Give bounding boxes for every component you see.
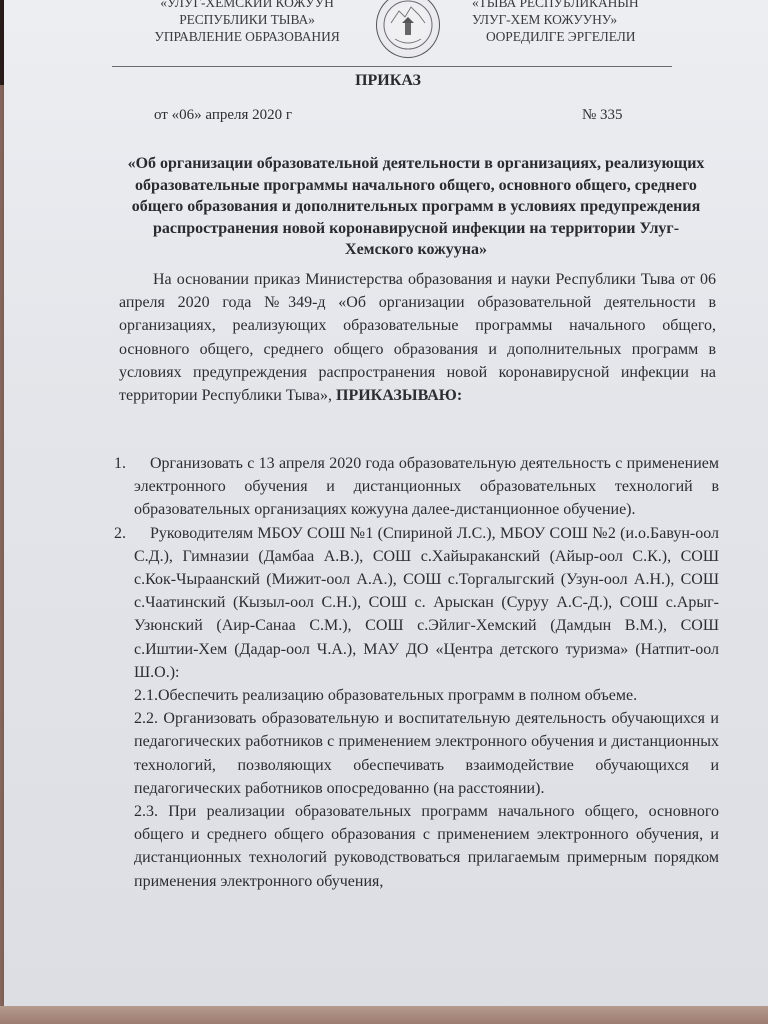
order-item: 1. Организовать с 13 апреля 2020 года об… xyxy=(114,452,719,522)
header-right-line: УЛУГ-ХЕМ КОЖУУНУ» xyxy=(472,11,672,28)
sub-item: 2.3. При реализации образовательных прог… xyxy=(114,800,719,893)
header-left-line: РЕСПУБЛИКИ ТЫВА» xyxy=(122,11,372,28)
header-right-line: «ТЫВА РЕСПУБЛИКАНЫН xyxy=(472,0,672,11)
document-page: «УЛУГ-ХЕМСКИЙ КОЖУУН РЕСПУБЛИКИ ТЫВА» УП… xyxy=(4,0,768,1010)
document-date: от «06» апреля 2020 г xyxy=(154,107,292,124)
item-number: 1. xyxy=(114,452,126,475)
order-items-list: 1. Организовать с 13 апреля 2020 года об… xyxy=(114,452,719,893)
sub-item: 2.2. Организовать образовательную и восп… xyxy=(114,707,719,800)
header-right-line: ООРЕДИЛГЕ ЭРГЕЛЕЛИ xyxy=(472,28,672,45)
header-right-block: «ТЫВА РЕСПУБЛИКАНЫН УЛУГ-ХЕМ КОЖУУНУ» ОО… xyxy=(472,0,672,45)
intro-paragraph: На основании приказ Министерства образов… xyxy=(119,268,716,407)
item-text: Организовать с 13 апреля 2020 года образ… xyxy=(134,452,719,522)
document-number: № 335 xyxy=(582,107,623,124)
header-divider xyxy=(112,66,672,67)
table-surface xyxy=(0,1006,768,1024)
header-left-line: «УЛУГ-ХЕМСКИЙ КОЖУУН xyxy=(122,0,372,11)
sub-item: 2.1.Обеспечить реализацию образовательны… xyxy=(114,684,719,707)
header-left-line: УПРАВЛЕНИЕ ОБРАЗОВАНИЯ xyxy=(122,28,372,45)
item-text: Руководителям МБОУ СОШ №1 (Спириной Л.С.… xyxy=(134,522,719,684)
header-left-block: «УЛУГ-ХЕМСКИЙ КОЖУУН РЕСПУБЛИКИ ТЫВА» УП… xyxy=(122,0,372,45)
document-subject: «Об организации образовательной деятельн… xyxy=(122,153,710,261)
order-word: ПРИКАЗЫВАЮ: xyxy=(336,387,462,404)
coat-of-arms-icon xyxy=(376,0,440,58)
item-number: 2. xyxy=(114,522,126,545)
order-item: 2. Руководителям МБОУ СОШ №1 (Спириной Л… xyxy=(114,522,719,684)
intro-text: На основании приказ Министерства образов… xyxy=(119,271,716,404)
document-type-title: ПРИКАЗ xyxy=(4,72,768,90)
